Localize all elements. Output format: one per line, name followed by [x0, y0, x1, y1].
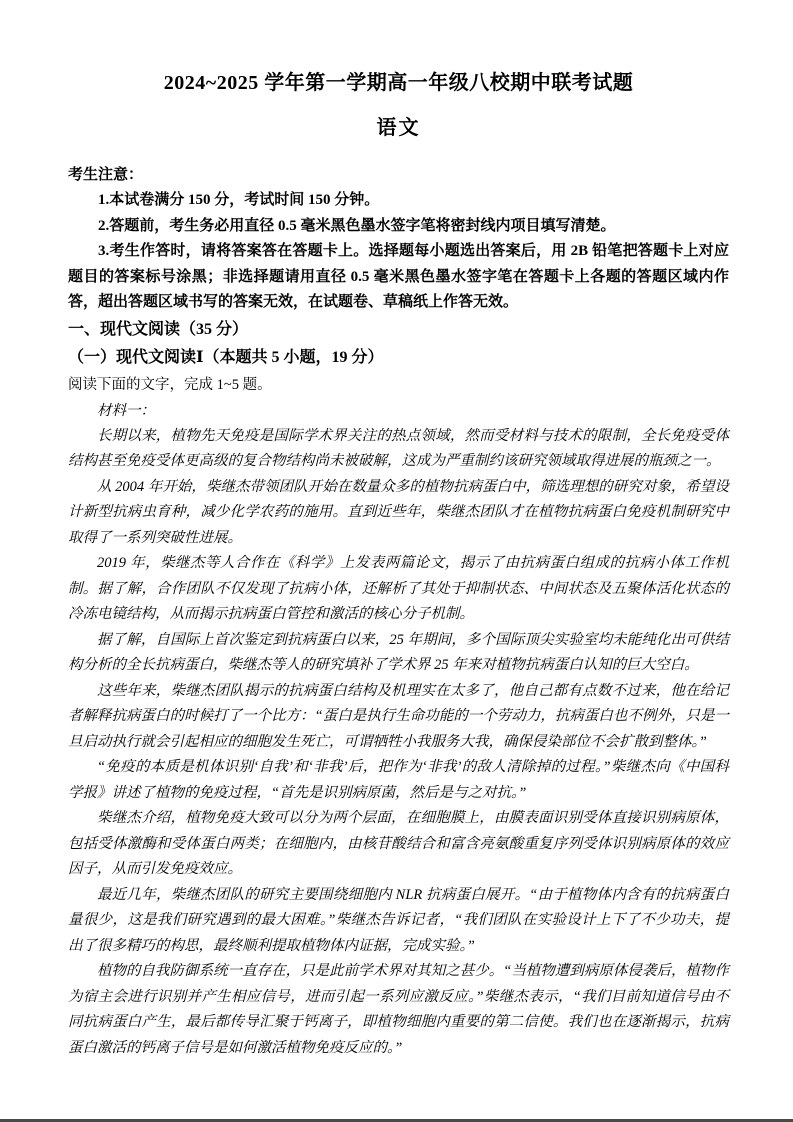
- section-subheading: （一）现代文阅读Ⅰ（本题共 5 小题，19 分）: [68, 344, 729, 372]
- section-heading: 一、现代文阅读（35 分）: [68, 316, 729, 344]
- material-paragraph: “免疫的本质是机体识别‘自我’和‘非我’后，把作为‘非我’的敌人清除掉的过程。”…: [68, 755, 729, 806]
- notice-item-3: 3.考生作答时，请将答案答在答题卡上。选择题每小题选出答案后，用 2B 铅笔把答…: [68, 239, 729, 316]
- reading-instruction: 阅读下面的文字，完成 1~5 题。: [68, 372, 729, 398]
- material-paragraph: 2019 年，柴继杰等人合作在《科学》上发表两篇论文，揭示了由抗病蛋白组成的抗病…: [68, 551, 729, 628]
- exam-paper-page: { "page": { "title": "2024~2025 学年第一学期高一…: [0, 0, 793, 1122]
- material-paragraph: 柴继杰介绍，植物免疫大致可以分为两个层面，在细胞膜上，由膜表面识别受体直接识别病…: [68, 806, 729, 883]
- material-paragraph: 最近几年，柴继杰团队的研究主要围绕细胞内 NLR 抗病蛋白展开。“由于植物体内含…: [68, 883, 729, 960]
- material-paragraph: 从 2004 年开始，柴继杰带领团队开始在数量众多的植物抗病蛋白中，筛选理想的研…: [68, 475, 729, 552]
- notice-item-1: 1.本试卷满分 150 分，考试时间 150 分钟。: [68, 188, 729, 214]
- exam-subject: 语文: [68, 111, 729, 140]
- material-paragraph: 植物的自我防御系统一直存在，只是此前学术界对其知之甚少。“当植物遭到病原体侵袭后…: [68, 959, 729, 1061]
- material-paragraph: 这些年来，柴继杰团队揭示的抗病蛋白结构及机理实在太多了，他自己都有点数不过来，他…: [68, 679, 729, 756]
- material-label: 材料一：: [68, 398, 729, 424]
- exam-title: 2024~2025 学年第一学期高一年级八校期中联考试题: [68, 66, 729, 95]
- notice-heading: 考生注意：: [68, 162, 729, 188]
- material-paragraph: 长期以来，植物先天免疫是国际学术界关注的热点领域，然而受材料与技术的限制，全长免…: [68, 424, 729, 475]
- notice-item-2: 2.答题前，考生务必用直径 0.5 毫米黑色墨水签字笔将密封线内项目填写清楚。: [68, 214, 729, 240]
- document-body: 2024~2025 学年第一学期高一年级八校期中联考试题 语文 考生注意： 1.…: [0, 0, 793, 1122]
- material-paragraph: 据了解，自国际上首次鉴定到抗病蛋白以来，25 年期间，多个国际顶尖实验室均未能纯…: [68, 628, 729, 679]
